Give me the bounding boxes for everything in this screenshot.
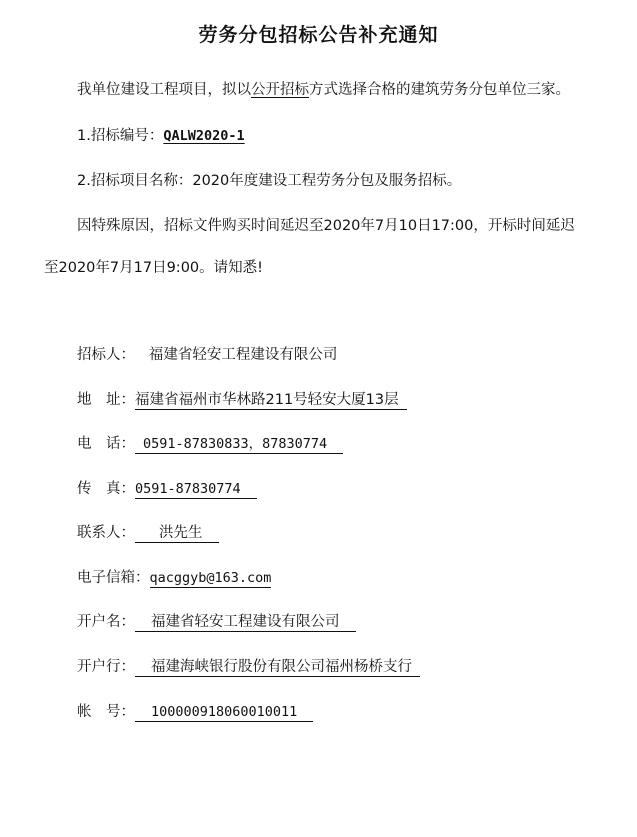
contact-person-line: 联系人：洪先生: [77, 523, 219, 543]
intro-text-after: 方式选择合格的建筑劳务分包单位三家。: [309, 82, 570, 98]
bank-label: 开户行：: [77, 657, 135, 677]
account-name-label: 开户名：: [77, 612, 135, 632]
tenderer-label: 招标人：: [77, 345, 135, 365]
address-value: 福建省福州市华林路211号轻安大厦13层: [135, 391, 407, 410]
fax-line: 传 真：0591-87830774: [77, 479, 257, 499]
document-title: 劳务分包招标公告补充通知: [0, 20, 637, 47]
tender-number-line: 1.招标编号：QALW2020-1: [77, 126, 245, 146]
intro-underlined-text: 公开招标: [251, 82, 309, 98]
fax-label: 传 真：: [77, 479, 135, 499]
intro-paragraph: 我单位建设工程项目，拟以公开招标方式选择合格的建筑劳务分包单位三家。: [77, 80, 570, 100]
account-name-value: 福建省轻安工程建设有限公司: [135, 613, 356, 632]
project-name-value: 2020年度建设工程劳务分包及服务招标。: [192, 173, 461, 189]
address-label: 地 址：: [77, 390, 135, 410]
account-name-line: 开户名：福建省轻安工程建设有限公司: [77, 612, 356, 632]
account-number-line: 帐 号：100000918060010011: [77, 702, 313, 722]
account-number-label: 帐 号：: [77, 702, 135, 722]
fax-value: 0591-87830774: [135, 480, 257, 499]
project-name-line: 2.招标项目名称：2020年度建设工程劳务分包及服务招标。: [77, 171, 461, 191]
address-line: 地 址：福建省福州市华林路211号轻安大厦13层: [77, 390, 407, 410]
bank-line: 开户行：福建海峡银行股份有限公司福州杨桥支行: [77, 657, 420, 677]
contact-person-value: 洪先生: [135, 524, 219, 543]
tenderer-value: 福建省轻安工程建设有限公司: [149, 347, 338, 363]
bank-value: 福建海峡银行股份有限公司福州杨桥支行: [135, 658, 420, 677]
account-number-value: 100000918060010011: [135, 703, 313, 722]
notice-line-1: 因特殊原因，招标文件购买时间延迟至2020年7月10日17:00，开标时间延迟: [77, 216, 575, 236]
email-label: 电子信箱：: [77, 568, 150, 588]
tender-number-label: 1.招标编号：: [77, 128, 163, 144]
tenderer-line: 招标人： 福建省轻安工程建设有限公司: [77, 345, 337, 365]
tender-number-value: QALW2020-1: [163, 128, 244, 144]
phone-value: 0591-87830833，87830774: [135, 435, 343, 454]
contact-person-label: 联系人：: [77, 523, 135, 543]
phone-line: 电 话：0591-87830833，87830774: [77, 434, 343, 454]
intro-text-before: 我单位建设工程项目，拟以: [77, 82, 251, 98]
notice-line-2: 至2020年7月17日9:00。请知悉!: [44, 258, 263, 278]
phone-label: 电 话：: [77, 434, 135, 454]
project-name-label: 2.招标项目名称：: [77, 173, 192, 189]
email-line: 电子信箱：qacggyb@163.com: [77, 568, 271, 588]
email-link[interactable]: qacggyb@163.com: [150, 569, 272, 588]
